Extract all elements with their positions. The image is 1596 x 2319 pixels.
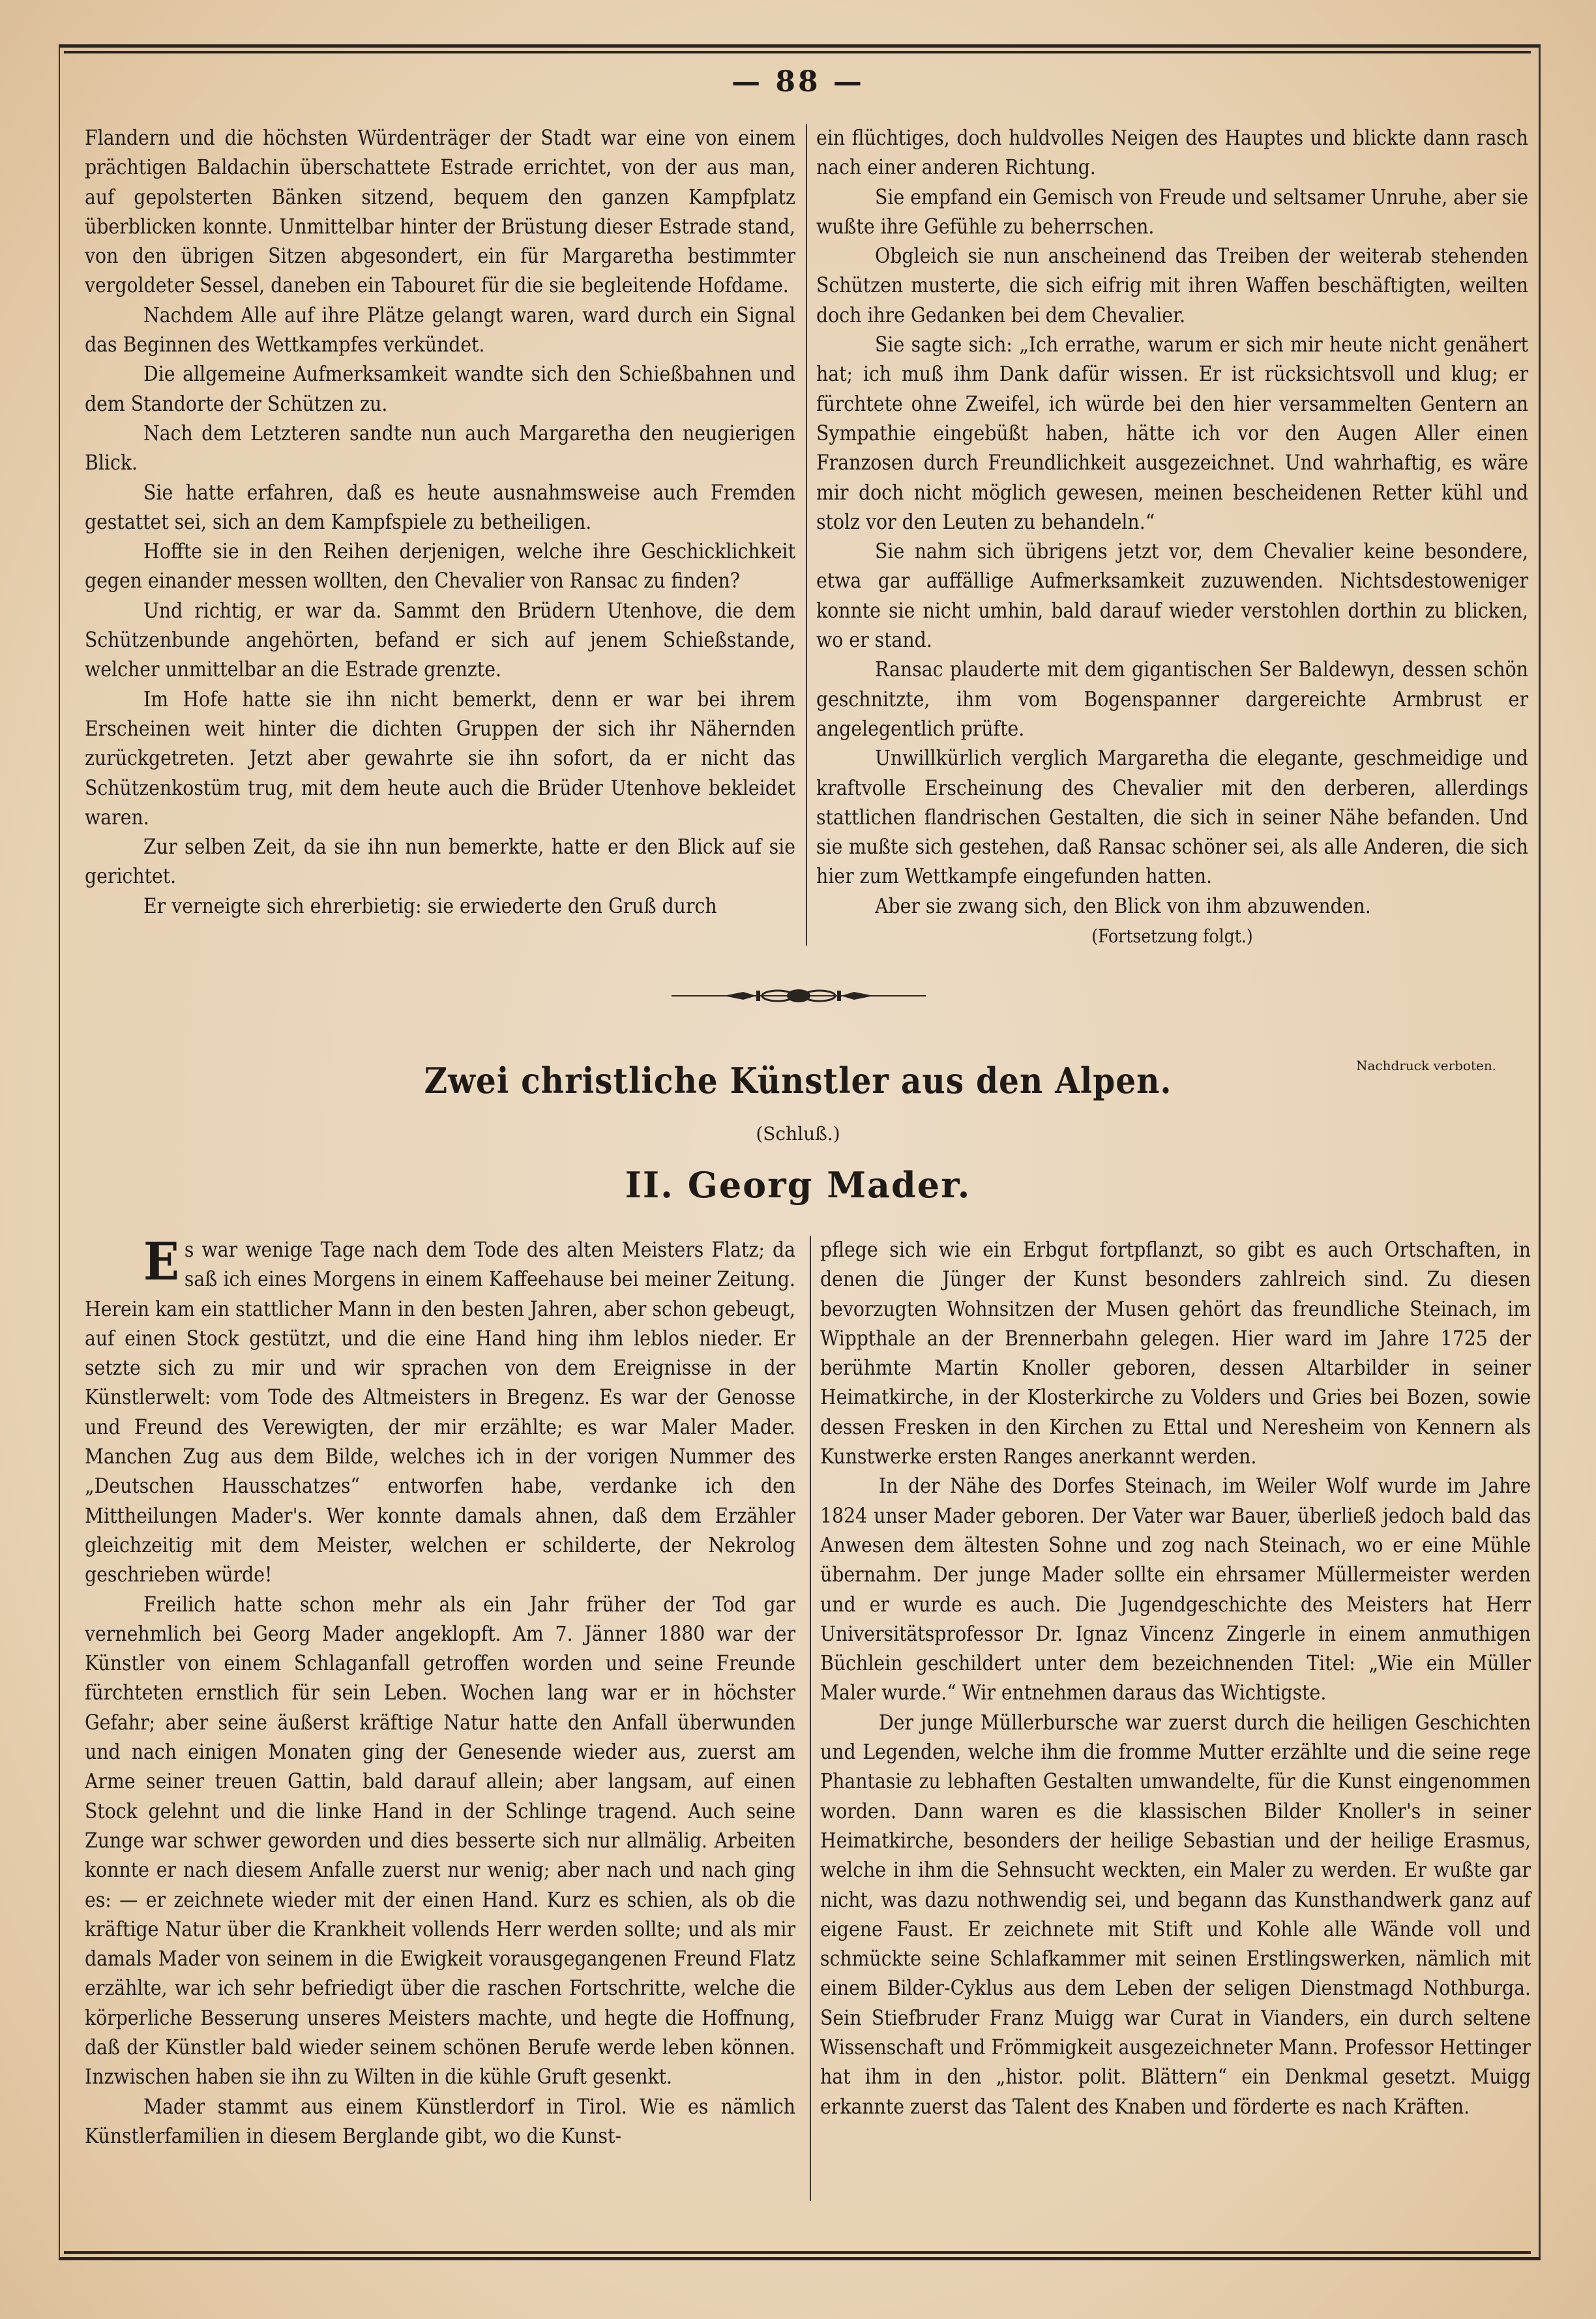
paragraph: Sie hatte erfahren, daß es heute ausnahm… [85, 479, 795, 538]
paragraph: Hoffte sie in den Reihen derjenigen, wel… [85, 537, 795, 597]
paragraph: Er verneigte sich ehrerbietig: sie erwie… [85, 892, 795, 921]
column-divider [810, 1236, 811, 2201]
ornamental-divider-icon [672, 986, 926, 1006]
paragraph: Und richtig, er war da. Sammt den Brüder… [85, 597, 795, 685]
paragraph: Sie nahm sich übrigens jetzt vor, dem Ch… [816, 537, 1528, 655]
drop-cap: E [143, 1238, 179, 1284]
paragraph: Zur selben Zeit, da sie ihn nun bemerkte… [85, 833, 795, 892]
paragraph: Unwillkürlich verglich Margaretha die el… [816, 744, 1528, 891]
page-number: — 88 — [0, 65, 1596, 98]
paragraph: Der junge Müllerbursche war zuerst durch… [820, 1709, 1531, 2122]
section-heading: II. Georg Mader. [0, 1164, 1596, 1206]
paragraph-text: s war wenige Tage nach dem Tode des alte… [85, 1238, 795, 1587]
paragraph: Nach dem Letzteren sandte nun auch Marga… [85, 419, 795, 479]
story-left-column: Flandern und die höchsten Würdenträger d… [85, 124, 795, 921]
paragraph: Mader stammt aus einem Künstlerdorf in T… [85, 2093, 795, 2152]
article-left-column: Es war wenige Tage nach dem Tode des alt… [85, 1236, 795, 2151]
continuation-note: (Fortsetzung folgt.) [816, 921, 1528, 951]
paragraph: Sie empfand ein Gemisch von Freude und s… [816, 183, 1528, 243]
paragraph: Die allgemeine Aufmerksamkeit wandte sic… [85, 360, 795, 419]
article-subtitle: (Schluß.) [0, 1123, 1596, 1145]
paragraph: Obgleich sie nun anscheinend das Treiben… [816, 242, 1528, 331]
paragraph: Nachdem Alle auf ihre Plätze gelangt war… [85, 301, 795, 361]
paragraph: ein flüchtiges, doch huldvolles Neigen d… [816, 124, 1528, 183]
article-right-column: pflege sich wie ein Erbgut fortpflanzt, … [820, 1236, 1531, 2122]
paragraph: Aber sie zwang sich, den Blick von ihm a… [816, 892, 1528, 921]
paragraph: Freilich hatte schon mehr als ein Jahr f… [85, 1591, 795, 2093]
story-right-column: ein flüchtiges, doch huldvolles Neigen d… [816, 124, 1528, 951]
paragraph: Sie sagte sich: „Ich errathe, warum er s… [816, 331, 1528, 537]
paragraph: pflege sich wie ein Erbgut fortpflanzt, … [820, 1236, 1531, 1472]
reprint-notice: Nachdruck verboten. [1356, 1058, 1496, 1073]
paragraph: Ransac plauderte mit dem gigantischen Se… [816, 655, 1528, 744]
column-divider [806, 124, 807, 946]
paragraph: In der Nähe des Dorfes Steinach, im Weil… [820, 1472, 1531, 1708]
paragraph: Es war wenige Tage nach dem Tode des alt… [85, 1236, 795, 1591]
paragraph: Im Hofe hatte sie ihn nicht bemerkt, den… [85, 685, 795, 833]
paragraph: Flandern und die höchsten Würdenträger d… [85, 124, 795, 301]
